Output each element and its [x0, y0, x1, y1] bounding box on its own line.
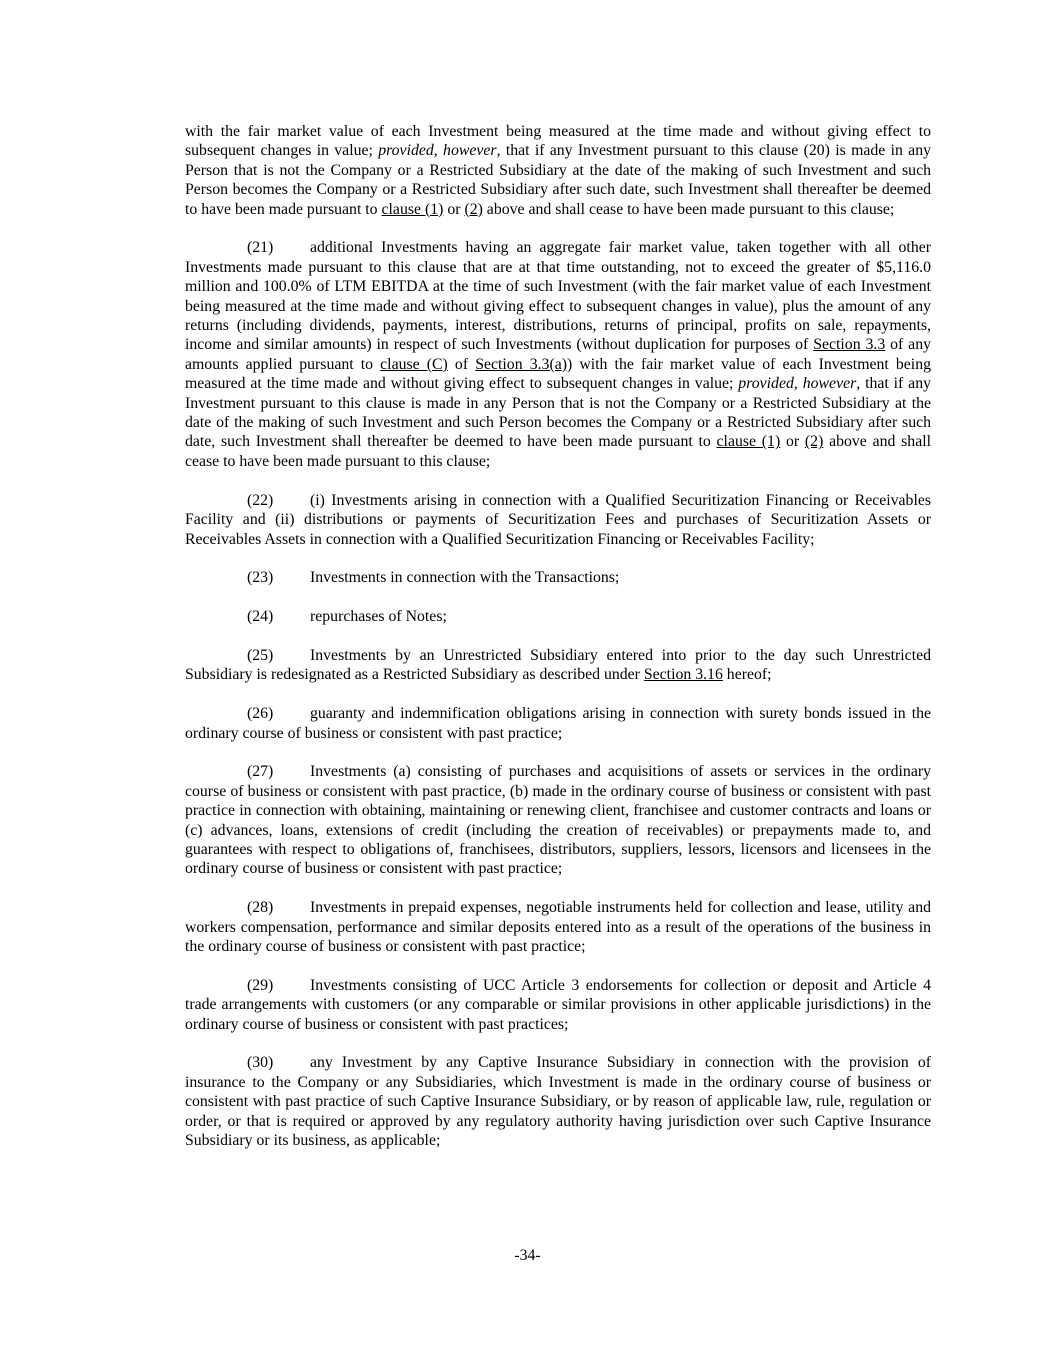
numbered-paragraph: (25)Investments by an Unrestricted Subsi… [185, 646, 931, 685]
cross-reference: Section 3.3 [813, 336, 885, 353]
cross-reference: (2) [805, 433, 823, 450]
text-run: of [448, 356, 475, 373]
numbered-paragraph: (24)repurchases of Notes; [185, 607, 931, 626]
paragraph-number: (30) [247, 1053, 310, 1072]
numbered-paragraph: (27)Investments (a) consisting of purcha… [185, 762, 931, 878]
paragraph-number: (28) [247, 898, 310, 917]
text-run: or [780, 433, 805, 450]
text-run: Investments in connection with the Trans… [310, 569, 619, 586]
text-run: however [803, 375, 857, 392]
paragraph-number: (24) [247, 607, 310, 626]
document-body: with the fair market value of each Inves… [185, 122, 931, 1170]
numbered-paragraph: (23)Investments in connection with the T… [185, 568, 931, 587]
text-run: provided [378, 142, 434, 159]
numbered-paragraph: (28)Investments in prepaid expenses, neg… [185, 898, 931, 956]
cross-reference: Section 3.16 [644, 666, 723, 683]
numbered-paragraph: (21)additional Investments having an agg… [185, 238, 931, 471]
page-footer: -34- [0, 1246, 1055, 1265]
text-run: , [434, 142, 443, 159]
numbered-paragraph: (26)guaranty and indemnification obligat… [185, 704, 931, 743]
paragraph-number: (25) [247, 646, 310, 665]
paragraph-number: (22) [247, 491, 310, 510]
text-run: , [794, 375, 803, 392]
text-run: however [443, 142, 497, 159]
page-number: -34- [514, 1247, 540, 1264]
paragraph: with the fair market value of each Inves… [185, 122, 931, 219]
text-run: hereof; [723, 666, 772, 683]
paragraph-number: (29) [247, 976, 310, 995]
text-run: repurchases of Notes; [310, 608, 447, 625]
text-run: above and shall cease to have been made … [483, 201, 894, 218]
cross-reference: clause (1) [717, 433, 781, 450]
paragraph-number: (26) [247, 704, 310, 723]
numbered-paragraph: (29)Investments consisting of UCC Articl… [185, 976, 931, 1034]
cross-reference: (2) [464, 201, 482, 218]
text-run: provided [738, 375, 794, 392]
paragraph-number: (21) [247, 238, 310, 257]
cross-reference: Section 3.3(a) [475, 356, 567, 373]
numbered-paragraph: (22)(i) Investments arising in connectio… [185, 491, 931, 549]
text-run: or [443, 201, 464, 218]
document-page: with the fair market value of each Inves… [0, 0, 1055, 1365]
numbered-paragraph: (30)any Investment by any Captive Insura… [185, 1053, 931, 1150]
cross-reference: clause (C) [380, 356, 448, 373]
paragraph-number: (23) [247, 568, 310, 587]
cross-reference: clause (1) [382, 201, 444, 218]
paragraph-number: (27) [247, 762, 310, 781]
